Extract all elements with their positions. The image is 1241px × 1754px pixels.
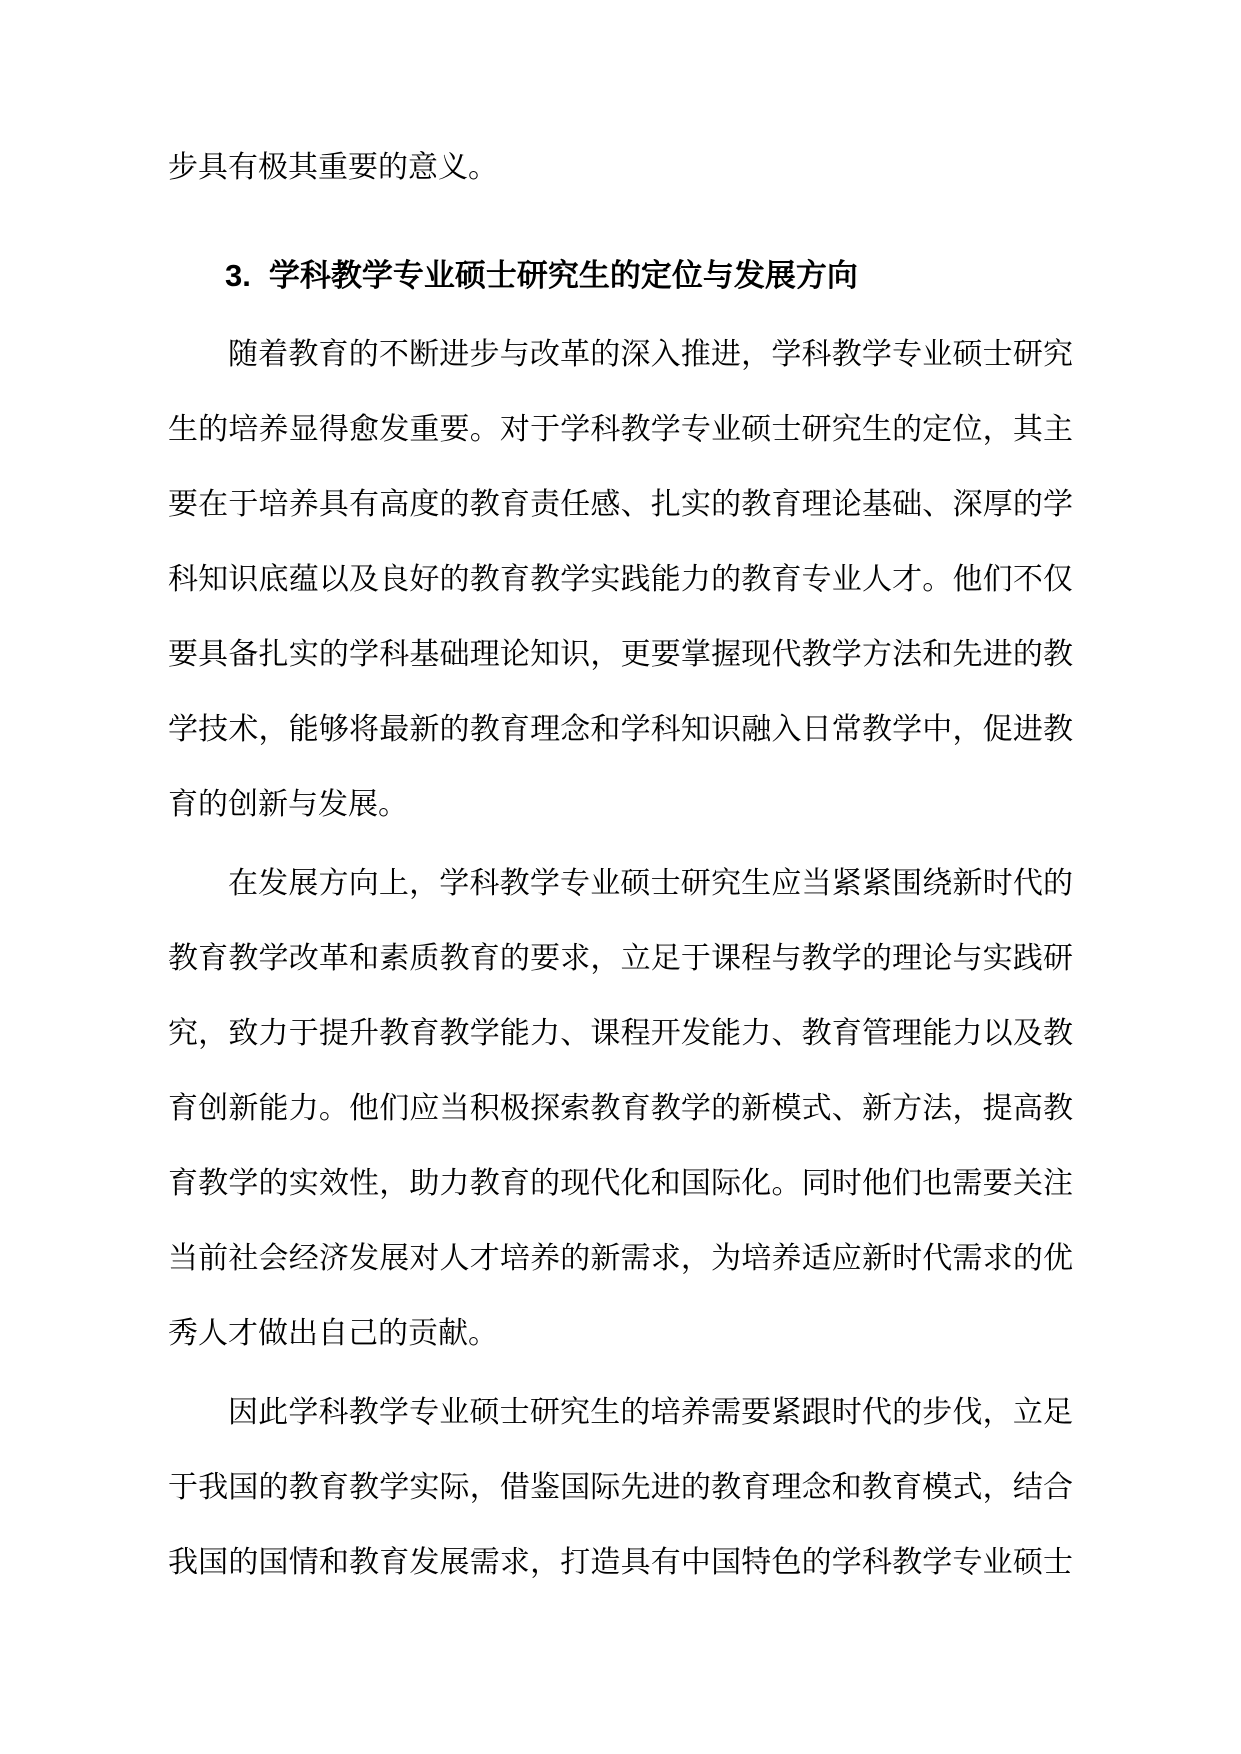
- paragraph-2: 在发展方向上，学科教学专业硕士研究生应当紧紧围绕新时代的 教育教学改革和素质教育…: [168, 846, 1073, 1371]
- paragraph-1: 随着教育的不断进步与改革的深入推进，学科教学专业硕士研究 生的培养显得愈发重要。…: [168, 317, 1073, 842]
- text-line: 学技术，能够将最新的教育理念和学科知识融入日常教学中，促进教: [168, 692, 1073, 767]
- text-line: 随着教育的不断进步与改革的深入推进，学科教学专业硕士研究: [168, 317, 1073, 392]
- text-line: 育教学的实效性，助力教育的现代化和国际化。同时他们也需要关注: [168, 1146, 1073, 1221]
- section-heading-number: 3.: [225, 238, 251, 313]
- section-heading: 3.学科教学专业硕士研究生的定位与发展方向: [168, 238, 1073, 313]
- document-content: 步具有极其重要的意义。 3.学科教学专业硕士研究生的定位与发展方向 随着教育的不…: [0, 0, 1241, 1600]
- document-page: 步具有极其重要的意义。 3.学科教学专业硕士研究生的定位与发展方向 随着教育的不…: [0, 0, 1241, 1754]
- leading-paragraph-line: 步具有极其重要的意义。: [168, 130, 1073, 205]
- text-line: 于我国的教育教学实际，借鉴国际先进的教育理念和教育模式，结合: [168, 1450, 1073, 1525]
- paragraph-3: 因此学科教学专业硕士研究生的培养需要紧跟时代的步伐，立足 于我国的教育教学实际，…: [168, 1375, 1073, 1600]
- text-line: 在发展方向上，学科教学专业硕士研究生应当紧紧围绕新时代的: [168, 846, 1073, 921]
- text-line: 生的培养显得愈发重要。对于学科教学专业硕士研究生的定位，其主: [168, 392, 1073, 467]
- text-line: 教育教学改革和素质教育的要求，立足于课程与教学的理论与实践研: [168, 921, 1073, 996]
- text-line: 要具备扎实的学科基础理论知识，更要掌握现代教学方法和先进的教: [168, 617, 1073, 692]
- text-line: 我国的国情和教育发展需求，打造具有中国特色的学科教学专业硕士: [168, 1525, 1073, 1600]
- text-line: 当前社会经济发展对人才培养的新需求，为培养适应新时代需求的优: [168, 1221, 1073, 1296]
- text-line: 因此学科教学专业硕士研究生的培养需要紧跟时代的步伐，立足: [168, 1375, 1073, 1450]
- text-line: 秀人才做出自己的贡献。: [168, 1296, 1073, 1371]
- section-heading-title: 学科教学专业硕士研究生的定位与发展方向: [269, 258, 858, 293]
- text-line: 育的创新与发展。: [168, 767, 1073, 842]
- text-line: 科知识底蕴以及良好的教育教学实践能力的教育专业人才。他们不仅: [168, 542, 1073, 617]
- text-line: 要在于培养具有高度的教育责任感、扎实的教育理论基础、深厚的学: [168, 467, 1073, 542]
- text-line: 究，致力于提升教育教学能力、课程开发能力、教育管理能力以及教: [168, 996, 1073, 1071]
- text-line: 育创新能力。他们应当积极探索教育教学的新模式、新方法，提高教: [168, 1071, 1073, 1146]
